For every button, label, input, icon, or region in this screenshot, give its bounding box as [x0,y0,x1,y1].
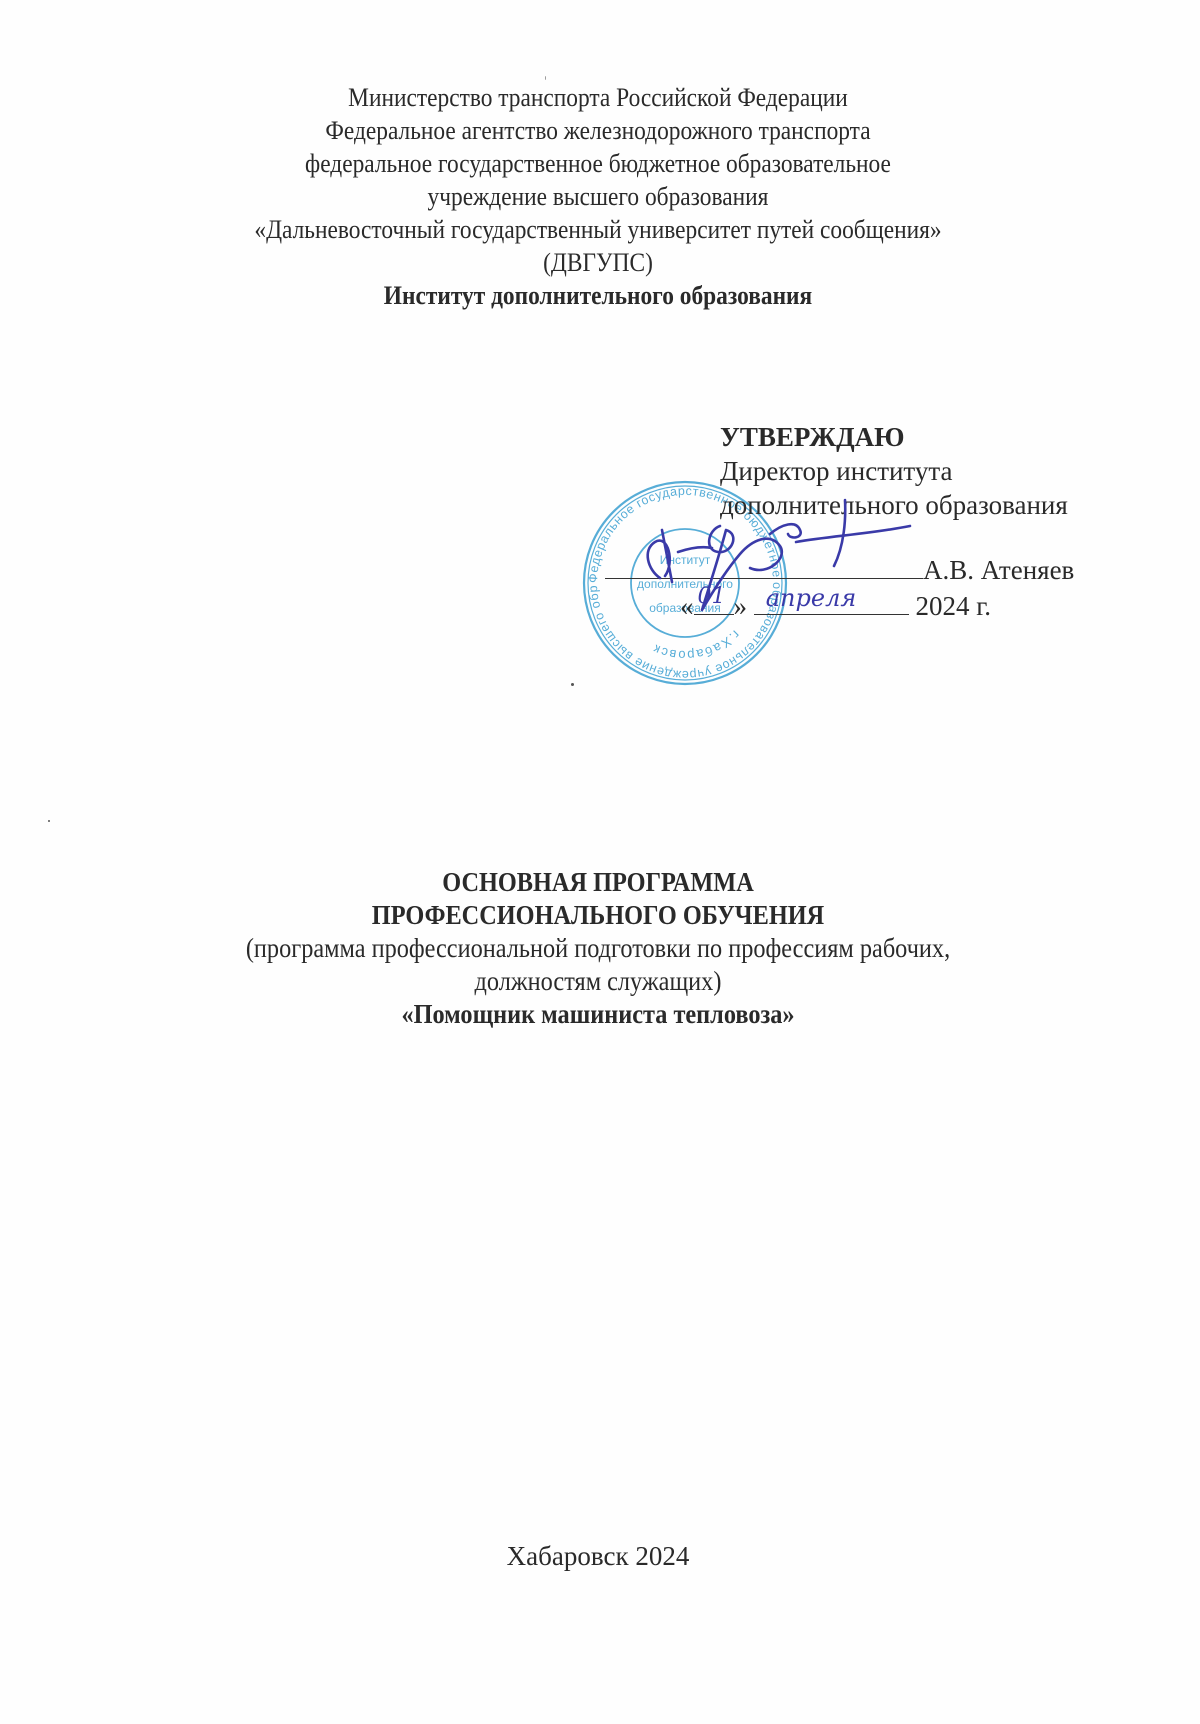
university-name: «Дальневосточный государственный универс… [60,213,1136,246]
city-year: Хабаровск 2024 [0,1540,1196,1573]
svg-text:г.Хабаровск: г.Хабаровск [650,627,743,663]
scan-speck [571,683,574,686]
date-month: апреля [766,584,857,612]
program-description-2: должностям служащих) [60,965,1136,998]
program-description: (программа профессиональной подготовки п… [60,932,1136,965]
document-page: Министерство транспорта Российской Федер… [0,0,1200,1724]
approval-heading: УТВЕРЖДАЮ [720,420,1190,454]
approval-date: «01» апреля 2024 г. [680,588,1200,622]
agency-line: Федеральное агентство железнодорожного т… [60,114,1136,147]
date-month-field: апреля [754,588,909,615]
approver-position: Директор института [720,454,1190,488]
signature-line: А.В. Атеняев [605,552,1195,586]
approver-position-2: дополнительного образования [720,488,1190,522]
university-abbreviation: (ДВГУПС) [60,246,1136,279]
signature-field [605,552,923,579]
program-type-title: ОСНОВНАЯ ПРОГРАММА [60,866,1136,899]
date-day-field: 01 [694,588,734,615]
approval-block: УТВЕРЖДАЮ Директор института дополнитель… [720,420,1190,522]
date-year: 2024 г. [916,591,992,621]
institute-name: Институт дополнительного образования [60,279,1136,312]
program-name: «Помощник машиниста тепловоза» [60,998,1136,1031]
scan-speck [48,820,50,822]
program-type-title-2: ПРОФЕССИОНАЛЬНОГО ОБУЧЕНИЯ [60,899,1136,932]
institution-type-line: федеральное государственное бюджетное об… [60,147,1136,180]
signatory-name: А.В. Атеняев [923,555,1074,585]
document-header: Министерство транспорта Российской Федер… [0,81,1196,312]
institution-type-line-2: учреждение высшего образования [60,180,1136,213]
title-block: ОСНОВНАЯ ПРОГРАММА ПРОФЕССИОНАЛЬНОГО ОБУ… [0,866,1196,1031]
date-day: 01 [698,584,726,609]
ministry-line: Министерство транспорта Российской Федер… [60,81,1136,114]
scan-speck [545,76,546,80]
